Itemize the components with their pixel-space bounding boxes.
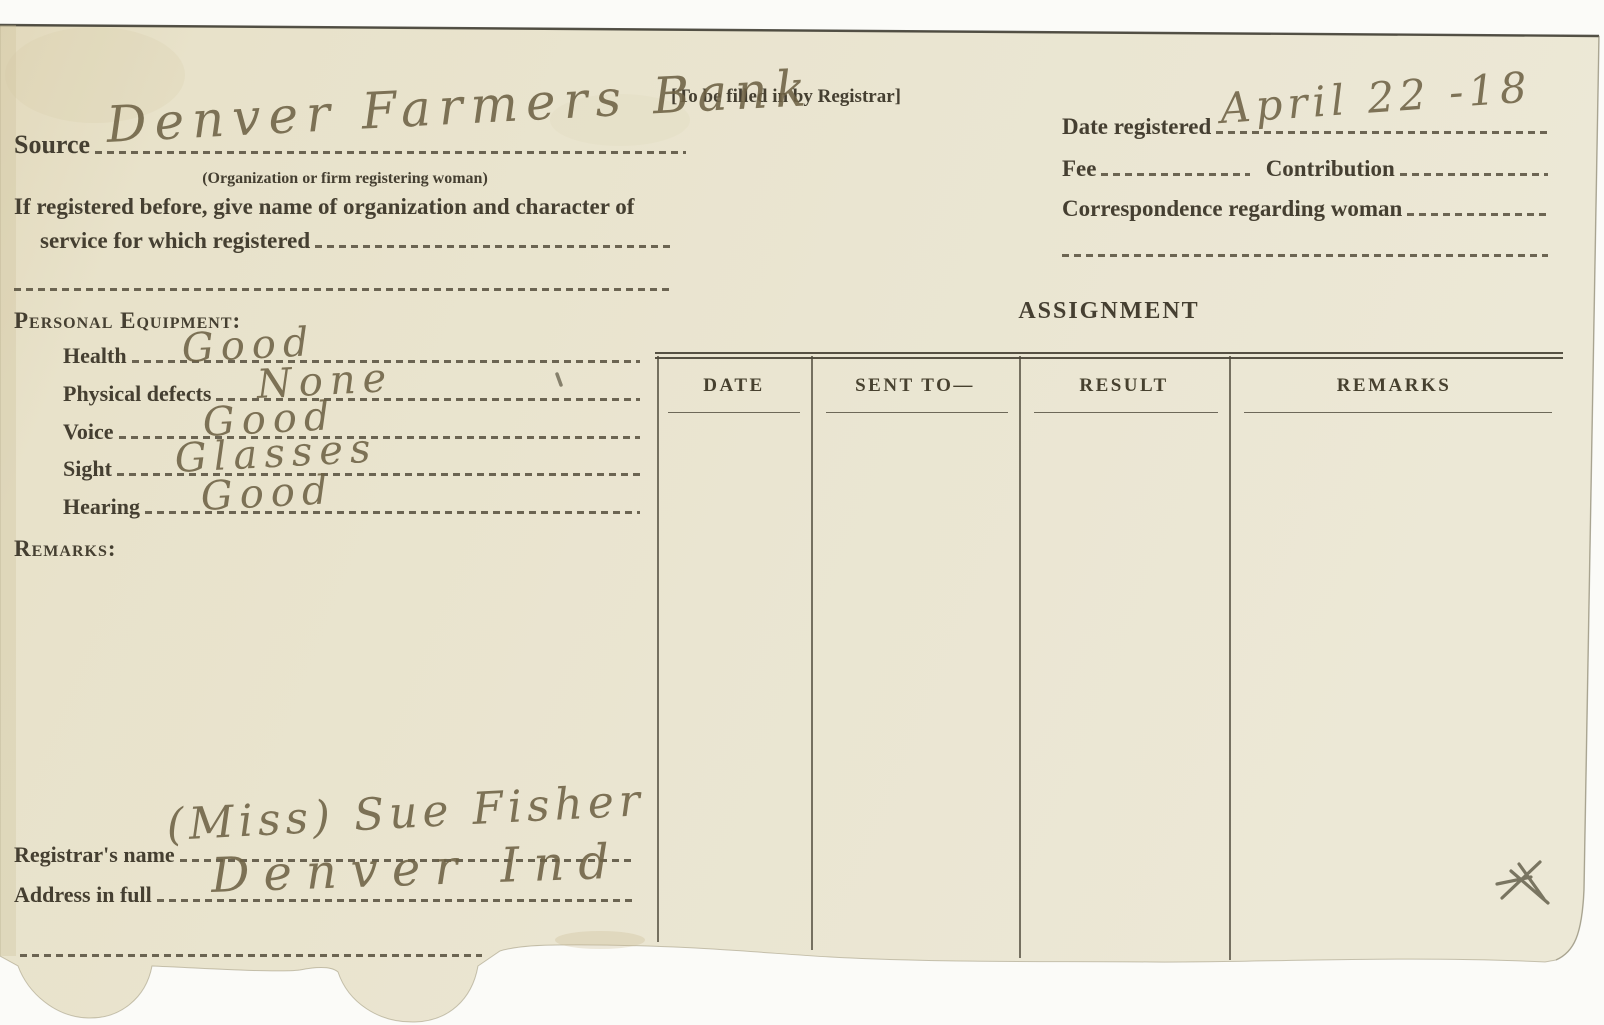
registered-before-line2-row: service for which registered <box>40 228 672 254</box>
dotted-line <box>95 151 686 154</box>
pe-label: Hearing <box>63 494 140 520</box>
dotted-line <box>1407 213 1548 216</box>
address-label: Address in full <box>14 882 152 908</box>
scanned-registration-card: [To be filled in by Registrar] Source De… <box>0 0 1604 1025</box>
column-header-date: DATE <box>657 366 811 406</box>
pe-label: Sight <box>63 456 112 482</box>
dotted-line <box>1101 173 1249 176</box>
registered-before-line2: service for which registered <box>40 228 310 254</box>
pe-label: Health <box>63 343 127 369</box>
header-underline <box>668 412 800 413</box>
correspondence-row: Correspondence regarding woman <box>1062 196 1548 222</box>
table-top-rule <box>655 352 1563 359</box>
header-underline <box>1034 412 1218 413</box>
pe-label: Voice <box>63 419 114 445</box>
column-header-sent-to: SENT TO— <box>811 366 1019 406</box>
dotted-line <box>1400 173 1548 176</box>
assignment-heading: ASSIGNMENT <box>655 298 1563 325</box>
source-caption: (Organization or firm registering woman) <box>140 170 550 188</box>
dotted-line <box>14 288 672 291</box>
pe-label: Physical defects <box>63 381 211 407</box>
table-column-divider <box>1229 356 1231 960</box>
dotted-line <box>20 954 482 957</box>
registered-before-line1: If registered before, give name of organ… <box>14 194 634 220</box>
column-header-result: RESULT <box>1019 366 1229 406</box>
table-left-border <box>657 356 659 942</box>
column-header-remarks: REMARKS <box>1229 366 1559 406</box>
table-column-divider <box>811 356 813 950</box>
registrar-name-label: Registrar's name <box>14 842 175 868</box>
dotted-line <box>1216 131 1548 134</box>
hearing-handwriting: Good <box>200 467 336 520</box>
dotted-line <box>315 245 672 248</box>
fee-label: Fee <box>1062 156 1096 182</box>
remarks-heading: Remarks: <box>14 536 117 562</box>
fee-contribution-row: Fee Contribution <box>1062 156 1548 182</box>
correspondence-label: Correspondence regarding woman <box>1062 196 1402 222</box>
source-label: Source <box>14 130 90 160</box>
table-column-divider <box>1019 356 1021 958</box>
header-underline <box>826 412 1008 413</box>
contribution-label: Contribution <box>1266 156 1395 182</box>
header-underline <box>1244 412 1552 413</box>
pe-row-hearing: Hearing <box>63 494 640 520</box>
date-registered-label: Date registered <box>1062 114 1211 140</box>
dotted-line <box>1062 254 1548 257</box>
